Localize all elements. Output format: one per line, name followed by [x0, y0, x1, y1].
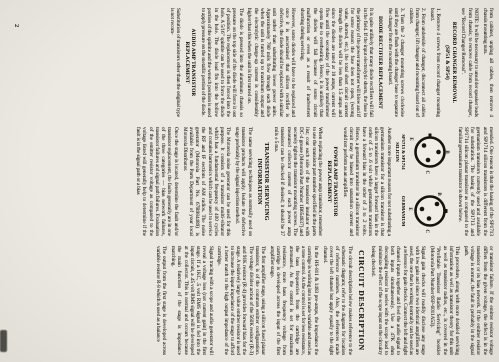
paragraph: 2. From underside of changer, disconnect…: [408, 8, 427, 117]
section-heading: TRANSISTOR SERVICINGINFORMATION: [255, 127, 269, 236]
paragraph: The first amplifier stage, using a silic…: [216, 246, 266, 355]
paragraph: Substitution of transistors other than t…: [169, 8, 182, 117]
section-heading: POWER AMP TRANSISTOR REPLACEMENT: [326, 127, 338, 236]
pin-label-c: C: [425, 171, 430, 175]
section-heading: DIODE RECTIFIER REPLACEMENT: [377, 8, 383, 117]
paragraph: It is quite unlikely that many diode rec…: [299, 8, 374, 117]
section-heading-line: RECORD CHANGER REMOVAL: [450, 8, 456, 117]
paragraph: or transistor failure. If the emitter re…: [463, 246, 494, 355]
pin-label-e: E: [409, 137, 414, 141]
silicon-transistor-pinout-icon: BCE: [408, 127, 454, 177]
paragraph: Another more important reason for not su…: [342, 127, 392, 236]
silicon-figure-caption: SILICON: [395, 142, 400, 161]
section-heading-line: POWER AMP TRANSISTOR REPLACEMENT: [326, 127, 338, 236]
paragraph: Signal gain checks will readily disclose…: [370, 246, 426, 355]
germanium-transistor-pinout-icon: BCE: [408, 186, 454, 236]
paragraph: Signal tracing with a scope and audio ge…: [170, 246, 214, 355]
scan-edge-smudge: [0, 330, 7, 352]
section-heading-line: TRANSISTOR SERVICING: [262, 127, 269, 236]
germanium-figure-caption: GERMANIUM: [401, 196, 406, 226]
paragraph: mended. One reason is that the basing of…: [457, 127, 495, 236]
paragraph: The diode is pressed into the aluminum c…: [200, 8, 244, 117]
paragraph: Once the stage is located, determine the…: [135, 127, 179, 236]
section-heading-line: CIRCUIT DESCRIPTION: [357, 246, 366, 355]
paragraph: 1. Remove 4 screws from record changer m…: [429, 8, 442, 117]
paragraph: When replacing the power amp transistor,…: [273, 127, 323, 236]
column-middle: mended. One reason is that the basing of…: [132, 127, 494, 236]
paragraph: The Motorola noise generator can be used…: [181, 127, 231, 236]
paragraph: NOTE: It will be necessary to unsolder s…: [460, 8, 479, 117]
paragraph: from cabinet, unplug all cables, then re…: [482, 8, 495, 117]
silicon-transistor-figure: BCESP1713 & SP1714SILICON: [395, 127, 454, 177]
pin-label-c: C: [425, 230, 430, 234]
section-heading-line: DIODE RECTIFIER REPLACEMENT: [377, 8, 383, 117]
section-heading: AUDIO AMP TRANSISTOR REPLACEMENT: [184, 8, 196, 117]
pin-label-e: E: [408, 207, 413, 211]
paragraph: The same servicing techniques as normall…: [234, 127, 253, 236]
page-number: 2: [13, 24, 20, 27]
silicon-figure-caption: SP1713 & SP1714: [401, 134, 406, 169]
section-heading: CIRCUIT DESCRIPTION: [357, 246, 366, 355]
section-heading: RECORD CHANGER REMOVAL(SP51 & SP54): [444, 8, 456, 117]
paragraph: In the HS-811 & 1483 pre-amps, the imped…: [269, 246, 319, 355]
manual-page: from cabinet, unplug all cables, then re…: [0, 0, 499, 362]
paragraph: However, some diodes will have to be rep…: [246, 8, 296, 117]
pin-label-b: B: [437, 192, 442, 196]
column-left: from cabinet, unplug all cables, then re…: [166, 8, 494, 117]
column-right: or transistor failure. If the emitter re…: [152, 246, 494, 355]
paragraph: The circuit description below makes refe…: [321, 246, 352, 355]
paragraph: The output from the first stage is devel…: [155, 246, 168, 355]
paragraph: 3. Turn the 2 changer mounting screws cl…: [386, 8, 405, 117]
scanned-manual-screenshot: from cabinet, unplug all cables, then re…: [0, 0, 499, 362]
section-heading-line: INFORMATION: [255, 127, 262, 236]
section-heading-line: AUDIO AMP TRANSISTOR REPLACEMENT: [184, 8, 196, 117]
paragraph: This procedure, along with more detailed…: [429, 246, 460, 355]
germanium-transistor-figure: BCEGERMANIUM: [395, 186, 454, 236]
transistor-pinout-figures: BCESP1713 & SP1714SILICONBCEGERMANIUM: [395, 127, 454, 236]
